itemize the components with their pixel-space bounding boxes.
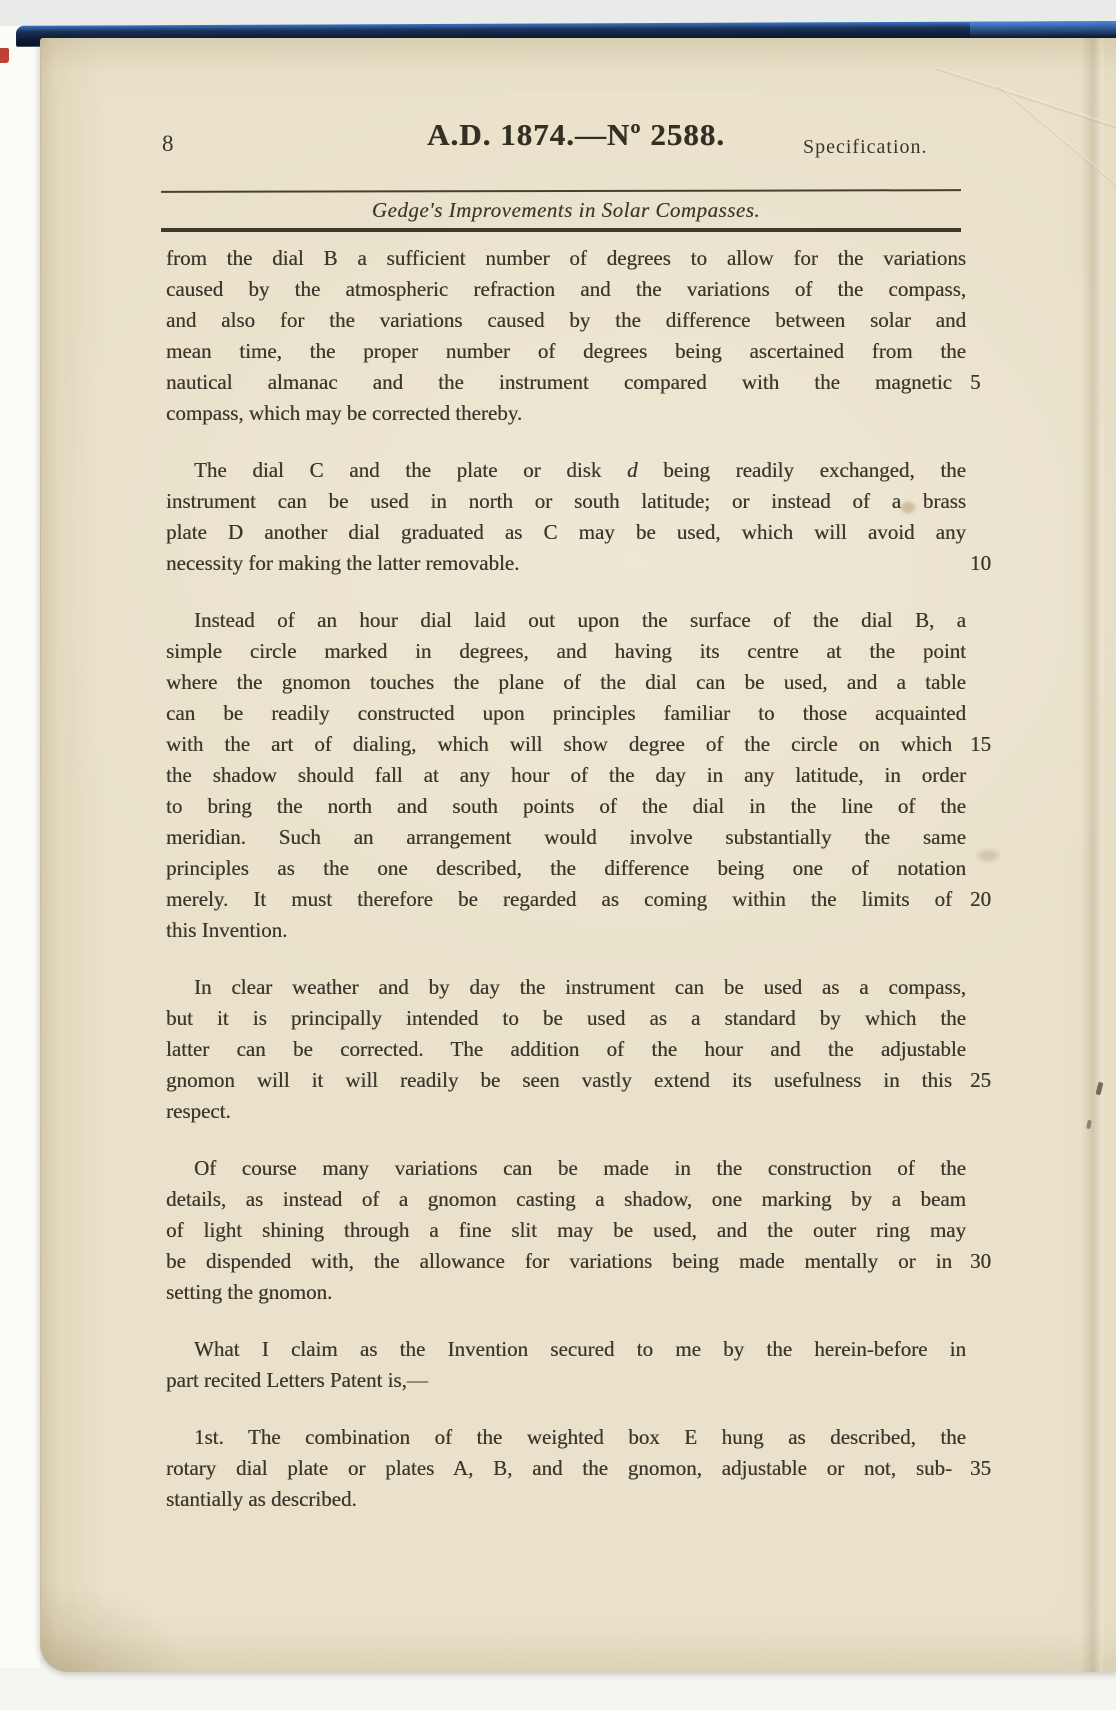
text-line: gnomon will it will readily be seen vast… bbox=[166, 1065, 966, 1096]
paragraph: from the dial B a sufficient number of d… bbox=[166, 243, 966, 429]
page-corner-fold bbox=[41, 1582, 191, 1672]
line-number: 20 bbox=[970, 884, 991, 915]
line-number: 25 bbox=[970, 1065, 991, 1096]
red-edge-mark bbox=[0, 48, 9, 63]
text-line: can be readily constructed upon principl… bbox=[166, 698, 966, 729]
text-line: and also for the variations caused by th… bbox=[166, 305, 966, 336]
text-line: Instead of an hour dial laid out upon th… bbox=[166, 605, 966, 636]
line-number: 15 bbox=[970, 729, 991, 760]
text-line: latter can be corrected. The addition of… bbox=[166, 1034, 966, 1065]
text-line: with the art of dialing, which will show… bbox=[166, 729, 966, 760]
page-fold-shadow bbox=[1081, 38, 1103, 1672]
text-line: plate D another dial graduated as C may … bbox=[166, 517, 966, 548]
text-line: merely. It must therefore be regarded as… bbox=[166, 884, 966, 915]
text-line: respect. bbox=[166, 1096, 966, 1127]
text-line: Of course many variations can be made in… bbox=[166, 1153, 966, 1184]
text-line: principles as the one described, the dif… bbox=[166, 853, 966, 884]
text-line: stantially as described. bbox=[166, 1484, 966, 1515]
text-line: of light shining through a fine slit may… bbox=[166, 1215, 966, 1246]
paragraph: 1st. The combination of the weighted box… bbox=[166, 1422, 966, 1515]
page-stain bbox=[977, 850, 999, 861]
text-line: instrument can be used in north or south… bbox=[166, 486, 966, 517]
text-line: setting the gnomon. bbox=[166, 1277, 966, 1308]
scan-backdrop-left bbox=[0, 0, 40, 1710]
text-line: compass, which may be corrected thereby. bbox=[166, 398, 966, 429]
text-line: In clear weather and by day the instrume… bbox=[166, 972, 966, 1003]
text-line: from the dial B a sufficient number of d… bbox=[166, 243, 966, 274]
text-line: necessity for making the latter removabl… bbox=[166, 548, 966, 579]
paragraph: What I claim as the Invention secured to… bbox=[166, 1334, 966, 1396]
running-head-rule bbox=[161, 228, 961, 232]
paragraph: Instead of an hour dial laid out upon th… bbox=[166, 605, 966, 946]
line-number: 5 bbox=[970, 367, 981, 398]
paragraph: Of course many variations can be made in… bbox=[166, 1153, 966, 1308]
text-line: 1st. The combination of the weighted box… bbox=[166, 1422, 966, 1453]
text-line: What I claim as the Invention secured to… bbox=[166, 1334, 966, 1365]
text-line: to bring the north and south points of t… bbox=[166, 791, 966, 822]
text-line: rotary dial plate or plates A, B, and th… bbox=[166, 1453, 966, 1484]
running-head: Gedge's Improvements in Solar Compasses. bbox=[166, 198, 966, 223]
paragraph: In clear weather and by day the instrume… bbox=[166, 972, 966, 1127]
scan-backdrop-bottom bbox=[0, 1668, 1116, 1710]
text-line: the shadow should fall at any hour of th… bbox=[166, 760, 966, 791]
text-line: be dispended with, the allowance for var… bbox=[166, 1246, 966, 1277]
text-line: where the gnomon touches the plane of th… bbox=[166, 667, 966, 698]
text-line: part recited Letters Patent is,— bbox=[166, 1365, 966, 1396]
text-line: details, as instead of a gnomon casting … bbox=[166, 1184, 966, 1215]
paragraph: The dial C and the plate or disk d being… bbox=[166, 455, 966, 579]
text-line: but it is principally intended to be use… bbox=[166, 1003, 966, 1034]
text-line: nautical almanac and the instrument comp… bbox=[166, 367, 966, 398]
text-line: this Invention. bbox=[166, 915, 966, 946]
text-line: meridian. Such an arrangement would invo… bbox=[166, 822, 966, 853]
specification-label: Specification. bbox=[803, 136, 1003, 159]
header-rule bbox=[161, 189, 961, 193]
document-body: from the dial B a sufficient number of d… bbox=[166, 243, 966, 1515]
line-number: 35 bbox=[970, 1453, 991, 1484]
line-number: 10 bbox=[970, 548, 991, 579]
document-page: 8 A.D. 1874.—Nº 2588. Specification. Ged… bbox=[40, 38, 1116, 1672]
line-number: 30 bbox=[970, 1246, 991, 1277]
text-line: caused by the atmospheric refraction and… bbox=[166, 274, 966, 305]
text-line: mean time, the proper number of degrees … bbox=[166, 336, 966, 367]
text-line: The dial C and the plate or disk d being… bbox=[166, 455, 966, 486]
text-line: simple circle marked in degrees, and hav… bbox=[166, 636, 966, 667]
